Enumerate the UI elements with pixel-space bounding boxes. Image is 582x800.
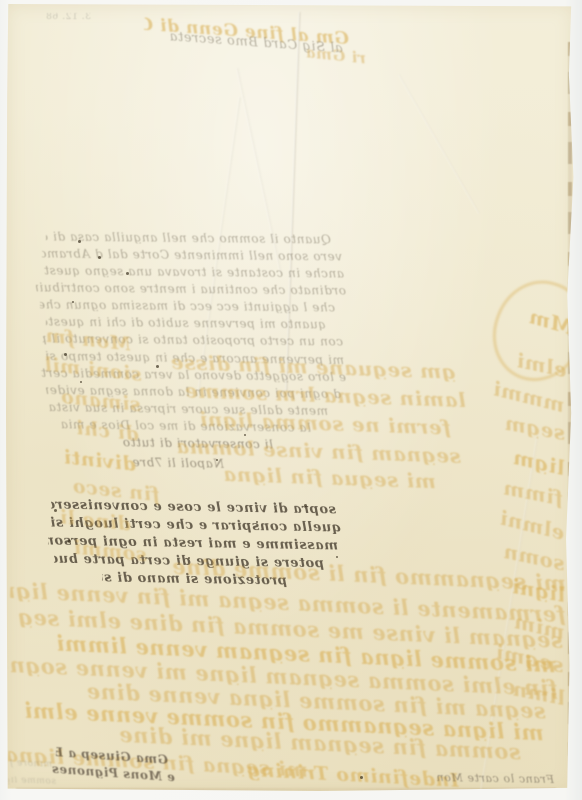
- paper-sheet: Gm al fine Genn di Giaal Sig Card Bmo se…: [6, 4, 574, 791]
- ink-speck: [78, 240, 81, 243]
- bleedthrough-line: mi segua fin ligna: [136, 461, 437, 491]
- ink-speck: [572, 704, 575, 707]
- ink-speck: [336, 556, 338, 558]
- bleedthrough-line: somme ligna: [8, 776, 56, 787]
- yellow-loop-flourish: [480, 269, 582, 394]
- ink-speck: [188, 557, 190, 559]
- bleedthrough-line: ordinato che continua i mentre sono cont…: [36, 281, 346, 296]
- ink-speck: [80, 381, 82, 383]
- scanned-document: Gm al fine Genn di Giaal Sig Card Bmo se…: [0, 0, 582, 800]
- bleedthrough-line: vero sono nell imminente Corte dal d Abr…: [42, 247, 342, 262]
- bleedthrough-line: 3. 12. 68: [33, 13, 91, 22]
- ink-speck: [64, 353, 67, 356]
- ink-speck: [54, 509, 57, 512]
- ink-speck: [98, 256, 101, 259]
- ink-speck: [304, 504, 307, 507]
- bleedthrough-line: Indefinimo Trining: [234, 760, 460, 791]
- ink-speck: [126, 272, 129, 275]
- ink-speck: [244, 434, 246, 436]
- ink-speck: [72, 301, 74, 303]
- bleedthrough-line: anche in costante si trovava una segno q…: [39, 264, 344, 279]
- ink-speck: [156, 365, 159, 368]
- paper-deckle-edge: [568, 42, 572, 787]
- bleedthrough-line: che l aggiunti ecc ecc di massima ognun …: [40, 298, 335, 313]
- bleedthrough-line: quanto mi pervenne subito di chi in ques…: [46, 316, 326, 331]
- paper-crease: [398, 74, 480, 214]
- ink-speck: [256, 521, 258, 523]
- ink-speck: [360, 776, 363, 779]
- ink-speck: [68, 540, 71, 543]
- bleedthrough-line: Quanto il sommo che nell anguilla casa d…: [46, 231, 331, 246]
- paper-crease: [197, 97, 241, 394]
- bleedthrough-line: minore fin: [10, 759, 52, 769]
- paper-bottom-edge: [16, 788, 556, 791]
- ink-speck: [216, 459, 218, 461]
- bleedthrough-line: Franc lo carte Mons: [436, 772, 554, 785]
